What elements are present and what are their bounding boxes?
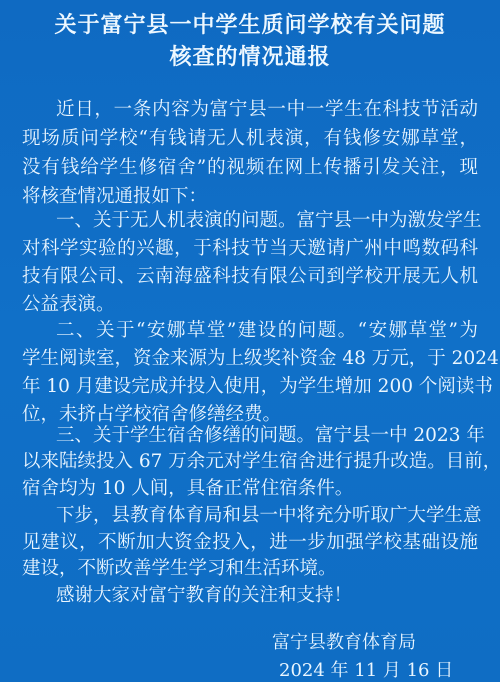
title-line-1: 关于富宁县一中学生质问学校有关问题 — [0, 8, 500, 39]
paragraph-line: 二、关于“安娜草堂”建设的问题。“安娜草堂”为 — [56, 320, 478, 342]
paragraph-line: 三、关于学生宿舍修缮的问题。富宁县一中 2023 年 — [56, 425, 478, 447]
paragraph-line: 将核查情况通报如下： — [22, 186, 478, 208]
paragraph-line: 一、关于无人机表演的问题。富宁县一中为激发学生 — [56, 210, 478, 232]
paragraph-line: 没有钱给学生修宿舍”的视频在网上传播引发关注，现 — [22, 157, 478, 179]
closing-line: 感谢大家对富宁教育的关注和支持！ — [56, 585, 478, 607]
paragraph-line: 技有限公司、云南海盛科技有限公司到学校开展无人机 — [22, 266, 478, 288]
title-line-2: 核查的情况通报 — [0, 40, 500, 71]
paragraph-line: 下步，县教育体育局和县一中将充分听取广大学生意 — [56, 505, 478, 527]
paragraph-line: 现场质问学校“有钱请无人机表演，有钱修安娜草堂， — [22, 128, 478, 150]
paragraph-line: 对科学实验的兴趣，于科技节当天邀请广州中鸣数码科 — [22, 238, 478, 260]
signature-organization: 富宁县教育体育局 — [272, 628, 416, 654]
paragraph-line: 以来陆续投入 67 万余元对学生宿舍进行提升改造。目前， — [22, 451, 478, 473]
paragraph-line: 宿舍均为 10 人间，具备正常住宿条件。 — [22, 478, 478, 500]
notice-page: 关于富宁县一中学生质问学校有关问题 核查的情况通报 近日，一条内容为富宁县一中一… — [0, 0, 500, 682]
paragraph-line: 学生阅读室，资金来源为上级奖补资金 48 万元，于 2024 — [22, 348, 478, 370]
paragraph-line: 年 10 月建设完成并投入使用，为学生增加 200 个阅读书 — [22, 376, 478, 398]
paragraph-line: 建设，不断改善学生学习和生活环境。 — [22, 558, 478, 580]
signature-date: 2024 年 11 月 16 日 — [279, 656, 453, 682]
paragraph-line: 见建议，不断加大资金投入，进一步加强学校基础设施 — [22, 532, 478, 554]
paragraph-line: 近日，一条内容为富宁县一中一学生在科技节活动 — [56, 99, 478, 121]
paragraph-line: 位，未挤占学校宿舍修缮经费。 — [22, 404, 478, 426]
paragraph-line: 公益表演。 — [22, 294, 478, 316]
